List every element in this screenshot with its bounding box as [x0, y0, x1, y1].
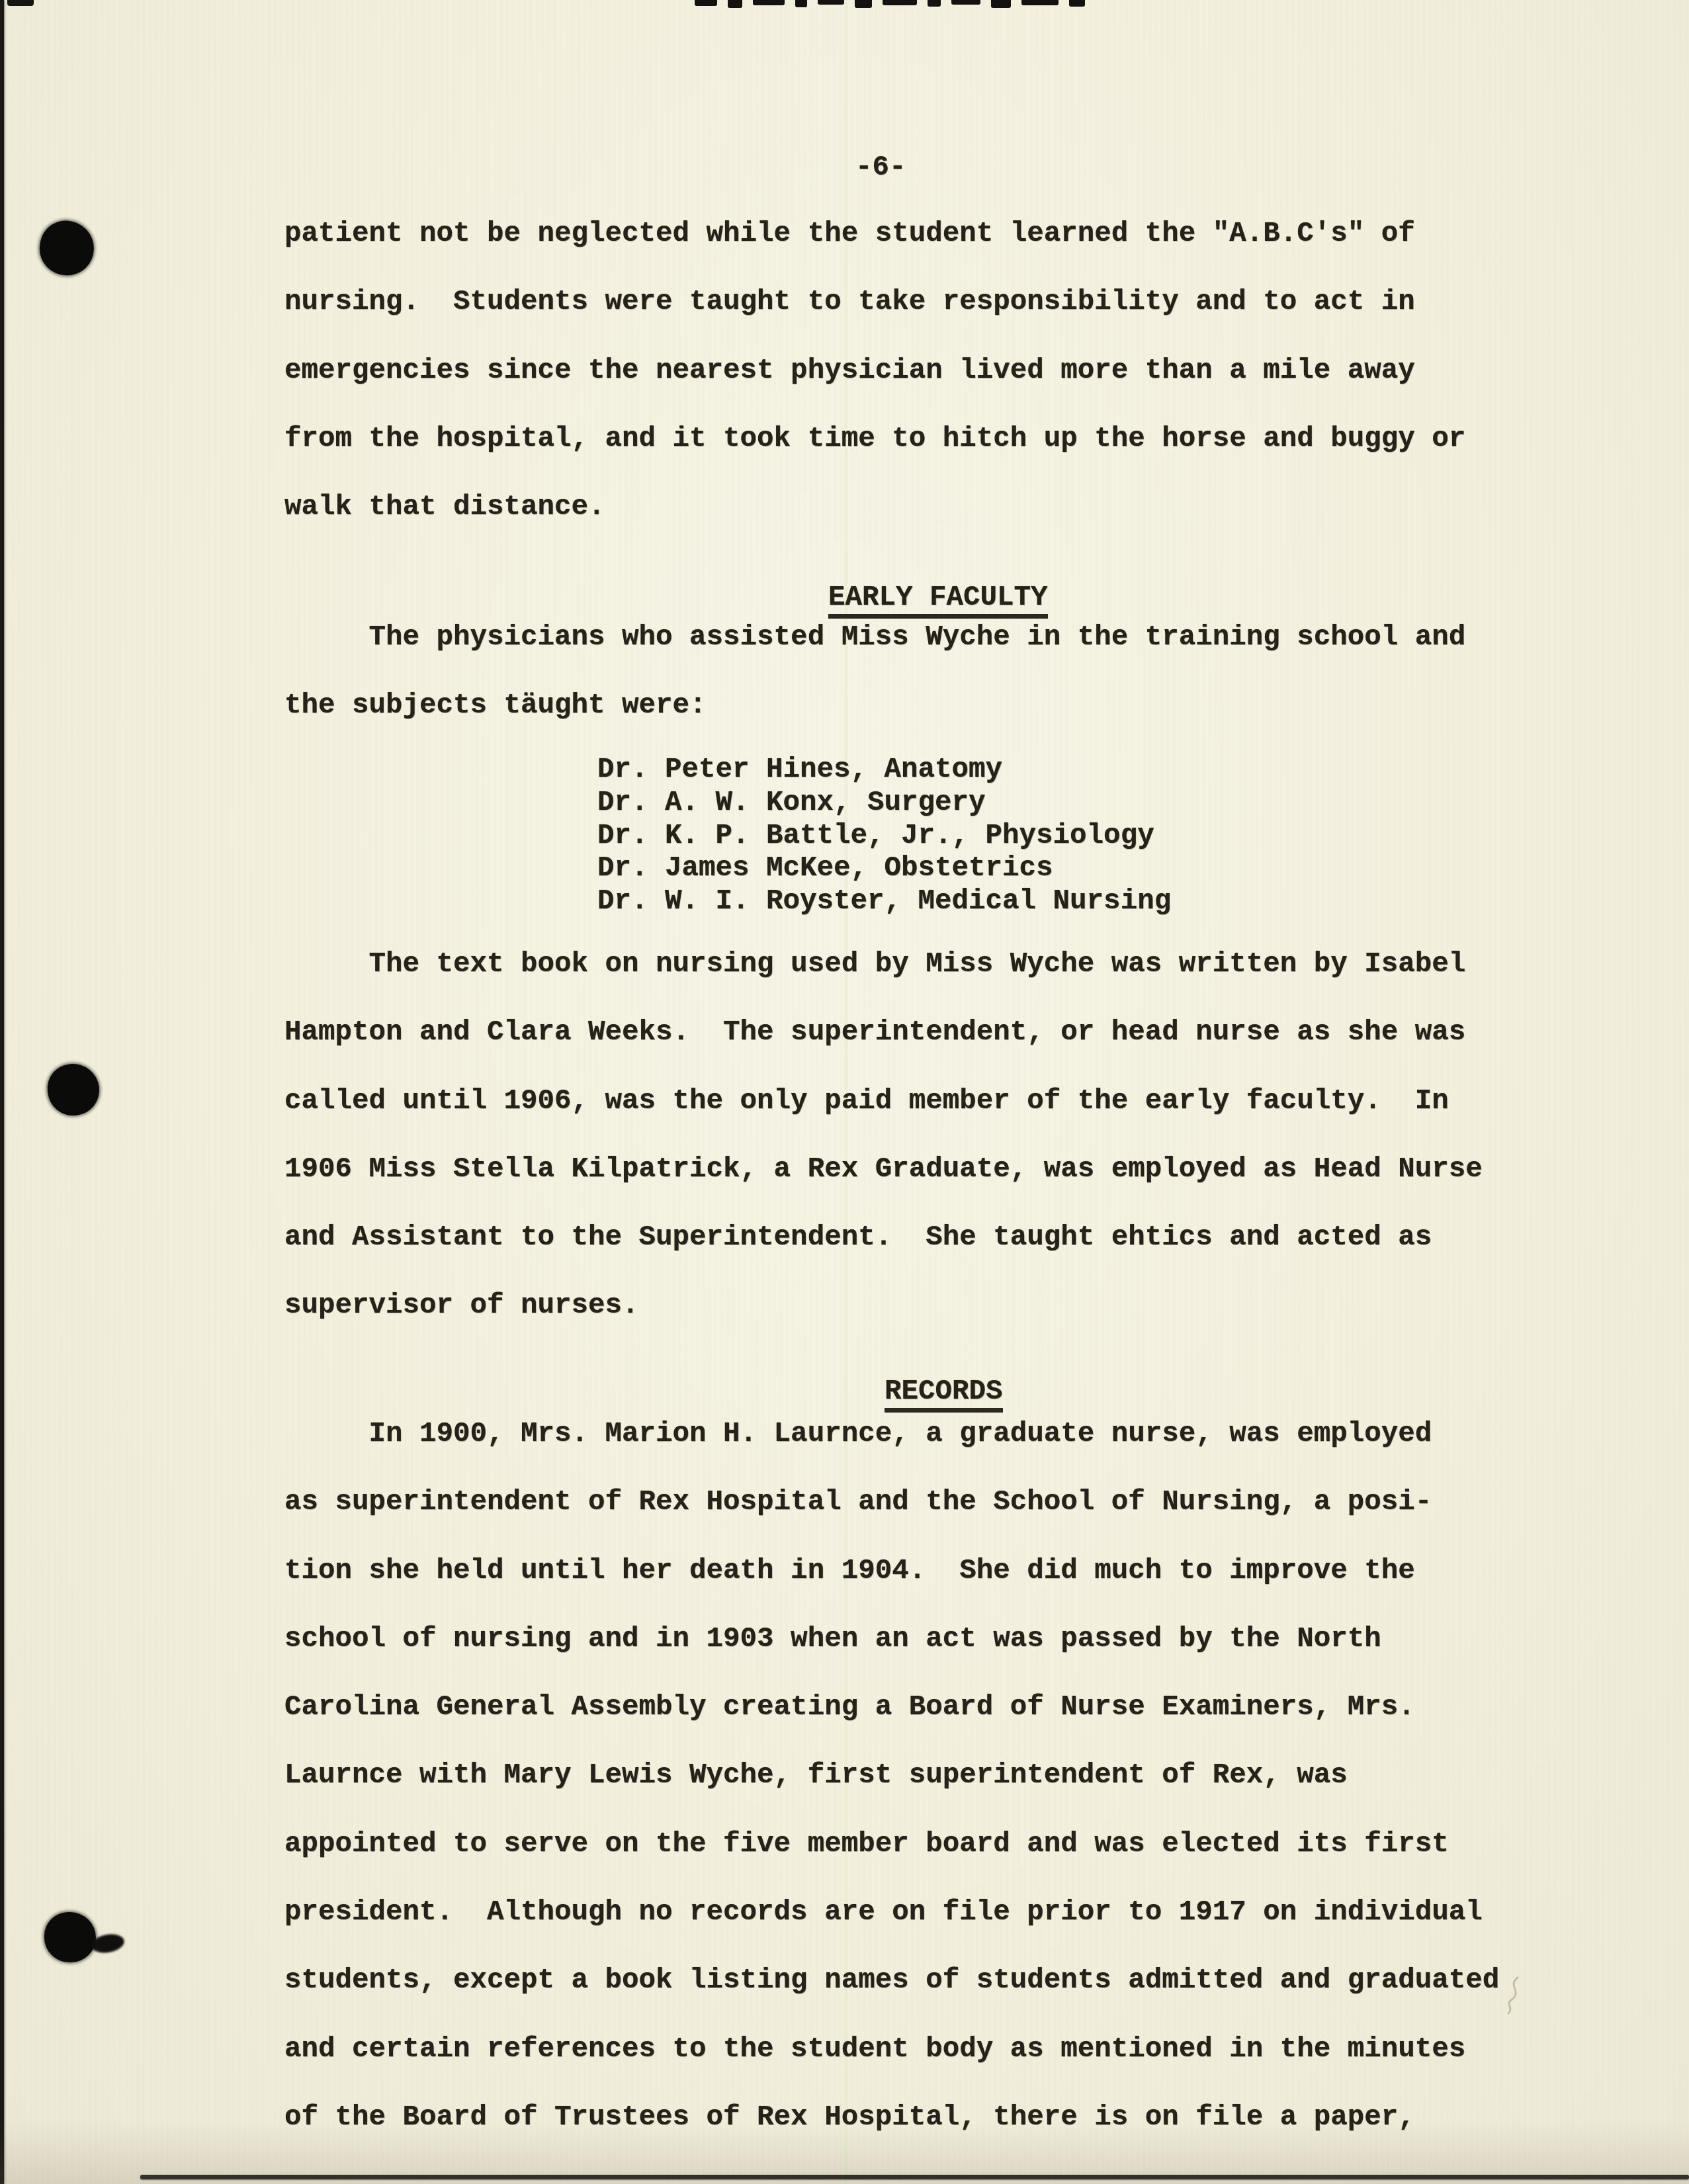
- text-line: Dr. James McKee, Obstetrics: [597, 852, 1171, 885]
- text-line: Dr. W. I. Royster, Medical Nursing: [597, 885, 1171, 918]
- text-line: appointed to serve on the five member bo…: [284, 1810, 1499, 1878]
- text-line: 1906 Miss Stella Kilpatrick, a Rex Gradu…: [284, 1135, 1483, 1203]
- scan-left-edge: [0, 0, 4, 2184]
- text-line: supervisor of nurses.: [284, 1272, 1483, 1340]
- text-line: Laurnce with Mary Lewis Wyche, first sup…: [284, 1741, 1499, 1810]
- text-line: walk that distance.: [284, 473, 1465, 541]
- ink-dot-middle: [45, 1061, 102, 1118]
- scan-corner-mark: [7, 0, 34, 6]
- scanned-document-page: -6- patient not be neglected while the s…: [0, 0, 1689, 2184]
- text-line: as superintendent of Rex Hospital and th…: [284, 1468, 1499, 1536]
- text-line: the subjects täught were:: [284, 672, 1465, 740]
- text-line: called until 1906, was the only paid mem…: [284, 1067, 1483, 1135]
- text-line: Dr. K. P. Battle, Jr., Physiology: [597, 820, 1171, 853]
- text-line: from the hospital, and it took time to h…: [284, 405, 1465, 473]
- text-line: president. Although no records are on fi…: [284, 1878, 1499, 1946]
- text-line: and Assistant to the Superintendent. She…: [284, 1203, 1483, 1272]
- text-line: school of nursing and in 1903 when an ac…: [284, 1605, 1499, 1673]
- paragraph-records: In 1900, Mrs. Marion H. Laurnce, a gradu…: [284, 1400, 1499, 2152]
- cut-off-header-text: [695, 0, 1145, 9]
- text-line: Carolina General Assembly creating a Boa…: [284, 1673, 1499, 1741]
- text-line: The physicians who assisted Miss Wyche i…: [284, 603, 1465, 672]
- stray-hair-mark: [1500, 1975, 1530, 2016]
- page-number: -6-: [855, 153, 906, 182]
- text-line: students, except a book listing names of…: [284, 1946, 1499, 2015]
- text-line: Dr. Peter Hines, Anatomy: [597, 754, 1171, 787]
- ink-dot-top: [34, 216, 99, 280]
- text-line: nursing. Students were taught to take re…: [284, 268, 1465, 336]
- text-line: emergencies since the nearest physician …: [284, 337, 1465, 405]
- text-line: and certain references to the student bo…: [284, 2015, 1499, 2083]
- text-line: In 1900, Mrs. Marion H. Laurnce, a gradu…: [284, 1400, 1499, 1468]
- text-line: tion she held until her death in 1904. S…: [284, 1537, 1499, 1605]
- paragraph-faculty-intro: The physicians who assisted Miss Wyche i…: [284, 603, 1465, 740]
- faculty-list: Dr. Peter Hines, AnatomyDr. A. W. Konx, …: [597, 754, 1171, 918]
- text-line: patient not be neglected while the stude…: [284, 200, 1465, 268]
- scan-bottom-edge: [140, 2175, 1689, 2179]
- text-line: Hampton and Clara Weeks. The superintend…: [284, 998, 1483, 1067]
- paragraph-textbook: The text book on nursing used by Miss Wy…: [284, 930, 1483, 1340]
- ink-dot-bottom: [44, 1912, 96, 1962]
- text-line: The text book on nursing used by Miss Wy…: [284, 930, 1483, 998]
- text-line: Dr. A. W. Konx, Surgery: [597, 787, 1171, 820]
- paragraph-intro: patient not be neglected while the stude…: [284, 200, 1465, 541]
